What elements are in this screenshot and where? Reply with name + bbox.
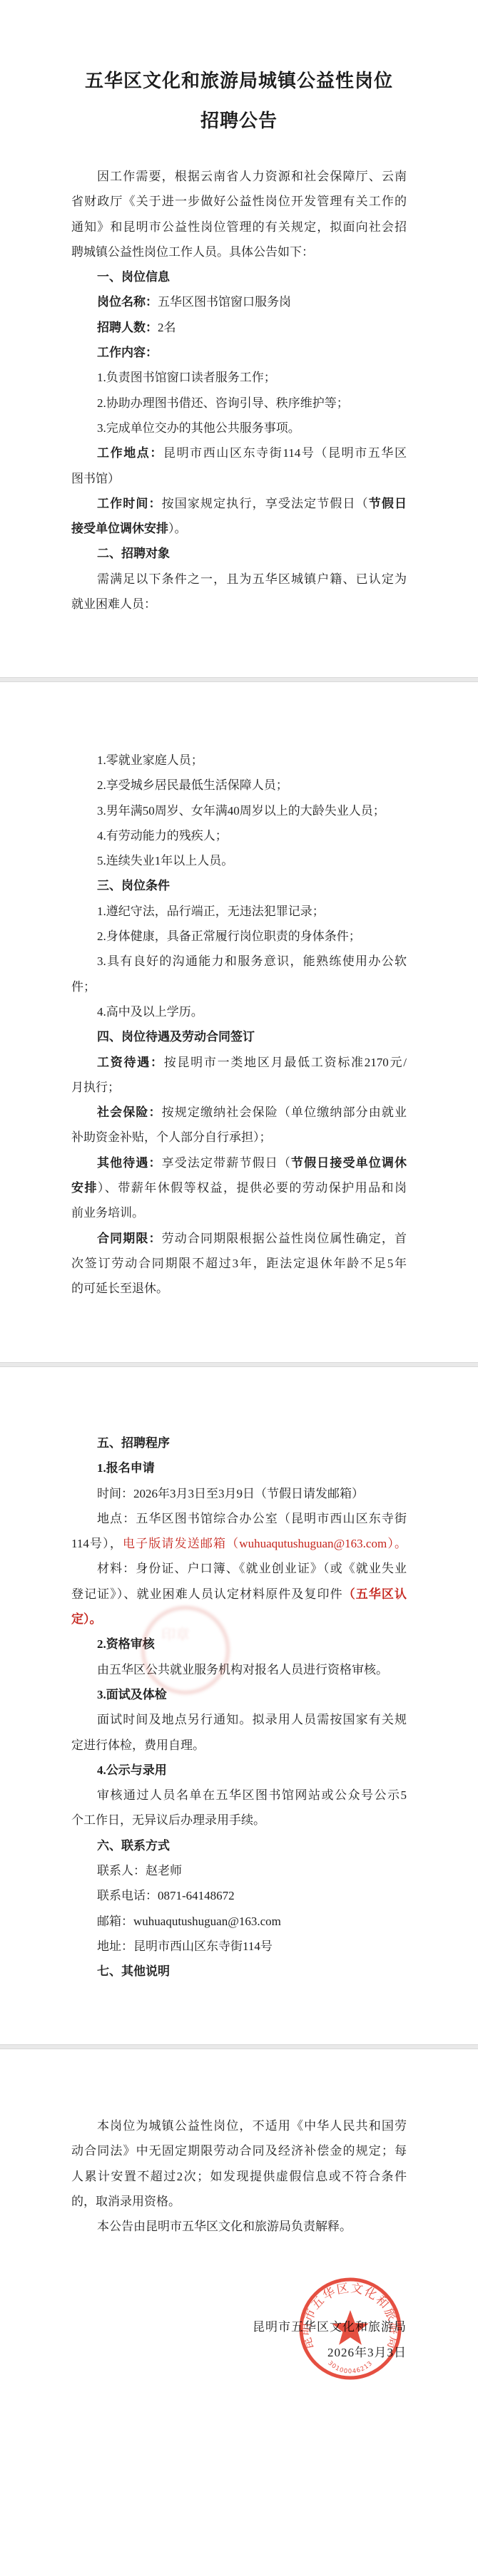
- text-segment: 七、其他说明: [97, 1964, 170, 1978]
- doc-line: 2.资格审核: [71, 1632, 407, 1657]
- section-heading: 六、联系方式: [71, 1833, 407, 1858]
- doc-line: 省财政厅《关于进一步做好公益性岗位开发管理有关工作的: [71, 189, 407, 214]
- text-segment: 个工作日，无异议后办理录用手续。: [71, 1813, 265, 1827]
- doc-line: 本公告由昆明市五华区文化和旅游局负责解释。: [71, 2214, 407, 2239]
- text-segment: 人累计安置不超过2次；如发现提供虚假信息或不符合条件: [71, 2170, 407, 2183]
- text-segment: 聘城镇公益性岗位工作人员。具体公告如下：: [71, 245, 314, 259]
- text-segment: 五华区图书馆窗口服务岗: [158, 295, 291, 309]
- doc-line: 3.具有良好的沟通能力和服务意识，能熟练使用办公软: [71, 949, 407, 974]
- doc-line: 补助资金补贴，个人部分自行承担）；: [71, 1125, 407, 1150]
- doc-line: 需满足以下条件之一，且为五华区城镇户籍、已认定为: [71, 567, 407, 592]
- text-segment: 电子版请发送邮箱（wuhuaqutushuguan@163.com）。: [123, 1537, 407, 1550]
- doc-line: 1.零就业家庭人员；: [71, 748, 407, 773]
- text-segment: 一、岗位信息: [97, 270, 170, 284]
- text-segment: 114号），: [71, 1537, 123, 1550]
- text-segment: 节假日: [369, 497, 407, 510]
- doc-line: 3.面试及体检: [71, 1682, 407, 1707]
- doc-line: 材料：身份证、户口簿、《就业创业证》（或《就业失业: [71, 1556, 407, 1581]
- text-segment: 二、招聘对象: [97, 547, 170, 560]
- doc-line: 定进行体检，费用自理。: [71, 1733, 407, 1758]
- text-segment: 3.具有良好的沟通能力和服务意识，能熟练使用办公软: [97, 954, 407, 968]
- text-segment: 其他待遇：: [97, 1156, 162, 1170]
- text-segment: 按规定缴纳社会保险（单位缴纳部分由就业: [162, 1106, 407, 1119]
- doc-line: 4.有劳动能力的残疾人；: [71, 823, 407, 848]
- text-segment: ）。: [168, 522, 187, 535]
- text-segment: 的可延长至退休。: [71, 1282, 168, 1295]
- text-segment: 前业务培训。: [71, 1206, 144, 1220]
- doc-line: [71, 2239, 407, 2264]
- doc-line: 由五华区公共就业服务机构对报名人员进行资格审核。: [71, 1657, 407, 1682]
- doc-line: 审核通过人员名单在五华区图书馆网站或公众号公示5: [71, 1783, 407, 1808]
- doc-line: 人累计安置不超过2次；如发现提供虚假信息或不符合条件: [71, 2164, 407, 2189]
- document-title-line-1: 五华区文化和旅游局城镇公益性岗位: [43, 61, 435, 101]
- text-segment: 按昆明市一类地区月最低工资标准2170元/: [164, 1056, 407, 1069]
- text-segment: 需满足以下条件之一，且为五华区城镇户籍、已认定为: [97, 572, 407, 586]
- page-separator: [0, 677, 478, 682]
- doc-line: 工作内容：: [71, 340, 407, 365]
- section-heading: 七、其他说明: [71, 1959, 407, 1984]
- doc-line: 月执行；: [71, 1075, 407, 1100]
- doc-line: 通知》和昆明市公益性岗位管理的有关规定，拟面向社会招: [71, 215, 407, 239]
- doc-line: 前业务培训。: [71, 1200, 407, 1225]
- text-segment: 1.遵纪守法，品行端正，无违法犯罪记录；: [97, 905, 325, 918]
- doc-line: 1.报名申请: [71, 1456, 407, 1480]
- text-segment: 地址：昆明市西山区东寺街114号: [97, 1939, 273, 1953]
- document-title-line-2: 招聘公告: [43, 101, 435, 141]
- doc-line: 1.负责图书馆窗口读者服务工作；: [71, 365, 407, 390]
- page-2-content: 1.零就业家庭人员；2.享受城乡居民最低生活保障人员；3.男年满50周岁、女年满…: [71, 748, 407, 1302]
- text-segment: 登记证》）、就业困难人员认定材料原件及复印件: [71, 1587, 343, 1601]
- doc-line: 聘城镇公益性岗位工作人员。具体公告如下：: [71, 239, 407, 264]
- text-segment: 社会保险：: [97, 1106, 162, 1119]
- doc-line: 2.协助办理图书借还、咨询引导、秩序维护等；: [71, 391, 407, 416]
- text-segment: 合同期限：: [97, 1232, 162, 1245]
- doc-line: 定）。: [71, 1607, 407, 1632]
- doc-line: 2.享受城乡居民最低生活保障人员；: [71, 773, 407, 798]
- page-separator: [0, 2044, 478, 2049]
- doc-line: 登记证》）、就业困难人员认定材料原件及复印件（五华区认: [71, 1582, 407, 1607]
- text-segment: 工作地点：: [97, 446, 163, 460]
- text-segment: 2名: [158, 321, 176, 334]
- text-segment: 五、招聘程序: [97, 1436, 170, 1450]
- doc-line: 就业困难人员：: [71, 592, 407, 617]
- text-segment: 件；: [71, 980, 96, 994]
- doc-line: 个工作日，无异议后办理录用手续。: [71, 1808, 407, 1833]
- text-segment: 联系电话：0871-64148672: [97, 1889, 235, 1902]
- text-segment: 图书馆）: [71, 472, 120, 485]
- text-segment: 1.负责图书馆窗口读者服务工作；: [97, 371, 276, 384]
- doc-line: 招聘人数：2名: [71, 315, 407, 340]
- text-segment: 2.协助办理图书借还、咨询引导、秩序维护等；: [97, 396, 349, 410]
- doc-line: 4.公示与录用: [71, 1758, 407, 1783]
- doc-line: 岗位名称：五华区图书馆窗口服务岗: [71, 289, 407, 314]
- doc-line: 动合同法》中无固定期限劳动合同及经济补偿金的规定；每: [71, 2138, 407, 2163]
- text-segment: 的，取消录用资格。: [71, 2195, 180, 2208]
- text-segment: 享受法定带薪节假日（: [162, 1156, 291, 1170]
- stamp-bleed-through-glyphs: 印章: [161, 1627, 211, 1673]
- text-segment: ）、带薪年休假等权益，提供必要的劳动保护用品和岗: [98, 1181, 407, 1195]
- text-segment: 工作时间：: [97, 497, 162, 510]
- text-segment: 邮箱：wuhuaqutushuguan@163.com: [97, 1915, 281, 1928]
- text-segment: 5.连续失业1年以上人员。: [97, 854, 233, 867]
- text-segment: 招聘人数：: [97, 321, 158, 334]
- text-segment: 由五华区公共就业服务机构对报名人员进行资格审核。: [97, 1663, 388, 1676]
- text-segment: 材料：身份证、户口簿、《就业创业证》（或《就业失业: [97, 1562, 407, 1575]
- doc-line: 时间：2026年3月3日至3月9日（节假日请发邮箱）: [71, 1481, 407, 1506]
- text-segment: 就业困难人员：: [71, 597, 156, 611]
- doc-line: 的可延长至退休。: [71, 1276, 407, 1301]
- document-page-2: 1.零就业家庭人员；2.享受城乡居民最低生活保障人员；3.男年满50周岁、女年满…: [0, 682, 478, 1362]
- doc-line: 接受单位调休安排）。: [71, 516, 407, 541]
- page-3-content: 五、招聘程序1.报名申请时间：2026年3月3日至3月9日（节假日请发邮箱）地点…: [71, 1431, 407, 1984]
- text-segment: 2.享受城乡居民最低生活保障人员；: [97, 778, 288, 792]
- document-page-1: 五华区文化和旅游局城镇公益性岗位 招聘公告 因工作需要，根据云南省人力资源和社会…: [0, 0, 478, 677]
- text-segment: 本岗位为城镇公益性岗位，不适用《中华人民共和国劳: [97, 2119, 407, 2133]
- section-heading: 一、岗位信息: [71, 264, 407, 289]
- text-segment: 因工作需要，根据云南省人力资源和社会保障厅、云南: [97, 170, 407, 183]
- document-title: 五华区文化和旅游局城镇公益性岗位 招聘公告: [43, 61, 435, 141]
- doc-line: 其他待遇：享受法定带薪节假日（节假日接受单位调休: [71, 1150, 407, 1175]
- text-segment: 定进行体检，费用自理。: [71, 1738, 205, 1752]
- doc-line: 面试时间及地点另行通知。拟录用人员需按国家有关规: [71, 1707, 407, 1732]
- doc-line: 的，取消录用资格。: [71, 2189, 407, 2214]
- doc-line: 工作时间：按国家规定执行，享受法定节假日（节假日: [71, 491, 407, 516]
- doc-line: 工作地点：昆明市西山区东寺街114号（昆明市五华区: [71, 441, 407, 465]
- doc-line: 本岗位为城镇公益性岗位，不适用《中华人民共和国劳: [71, 2113, 407, 2138]
- doc-line: 3.男年满50周岁、女年满40周岁以上的大龄失业人员；: [71, 798, 407, 823]
- doc-line: 合同期限：劳动合同期限根据公益性岗位属性确定，首: [71, 1226, 407, 1251]
- doc-line: 5.连续失业1年以上人员。: [71, 848, 407, 873]
- section-heading: 三、岗位条件: [71, 873, 407, 898]
- text-segment: 2.身体健康，具备正常履行岗位职责的身体条件；: [97, 929, 361, 943]
- doc-line: 114号），电子版请发送邮箱（wuhuaqutushuguan@163.com）…: [71, 1531, 407, 1556]
- text-segment: 工作内容：: [97, 346, 158, 359]
- text-segment: 定）。: [71, 1612, 102, 1626]
- text-segment: 省财政厅《关于进一步做好公益性岗位开发管理有关工作的: [71, 195, 407, 208]
- doc-line: 次签订劳动合同期限不超过3年，距法定退休年龄不足5年: [71, 1251, 407, 1276]
- text-segment: 地点：五华区图书馆综合办公室（昆明市西山区东寺街: [97, 1512, 407, 1525]
- document-page-3: 印章 五、招聘程序1.报名申请时间：2026年3月3日至3月9日（节假日请发邮箱…: [0, 1367, 478, 2044]
- section-heading: 二、招聘对象: [71, 541, 407, 566]
- text-segment: 审核通过人员名单在五华区图书馆网站或公众号公示5: [97, 1788, 407, 1802]
- doc-line: 联系人：赵老师: [71, 1858, 407, 1883]
- doc-line: 工资待遇：按昆明市一类地区月最低工资标准2170元/: [71, 1050, 407, 1075]
- text-segment: 月执行；: [71, 1081, 120, 1094]
- text-segment: 通知》和昆明市公益性岗位管理的有关规定，拟面向社会招: [71, 220, 407, 234]
- doc-line: 地址：昆明市西山区东寺街114号: [71, 1934, 407, 1959]
- doc-line: 社会保险：按规定缴纳社会保险（单位缴纳部分由就业: [71, 1100, 407, 1125]
- page-1-content: 因工作需要，根据云南省人力资源和社会保障厅、云南省财政厅《关于进一步做好公益性岗…: [71, 164, 407, 617]
- text-segment: 工资待遇：: [97, 1056, 164, 1069]
- text-segment: 四、岗位待遇及劳动合同签订: [97, 1030, 255, 1044]
- text-segment: 岗位名称：: [97, 295, 158, 309]
- text-segment: 补助资金补贴，个人部分自行承担）；: [71, 1130, 272, 1144]
- text-segment: 次签订劳动合同期限不超过3年，距法定退休年龄不足5年: [71, 1257, 407, 1270]
- text-segment: 面试时间及地点另行通知。拟录用人员需按国家有关规: [97, 1713, 407, 1726]
- section-heading: 五、招聘程序: [71, 1431, 407, 1456]
- doc-line: 件；: [71, 974, 407, 999]
- text-segment: 六、联系方式: [97, 1839, 170, 1853]
- seal-star-icon: [332, 2310, 368, 2345]
- text-segment: 1.报名申请: [97, 1461, 155, 1475]
- text-segment: 本公告由昆明市五华区文化和旅游局负责解释。: [97, 2220, 352, 2233]
- text-segment: 安排: [71, 1181, 98, 1195]
- doc-line: 地点：五华区图书馆综合办公室（昆明市西山区东寺街: [71, 1506, 407, 1531]
- doc-line: 联系电话：0871-64148672: [71, 1883, 407, 1908]
- doc-line: 因工作需要，根据云南省人力资源和社会保障厅、云南: [71, 164, 407, 189]
- document-page-4: 本岗位为城镇公益性岗位，不适用《中华人民共和国劳动合同法》中无固定期限劳动合同及…: [0, 2049, 478, 2576]
- announcement-document: 五华区文化和旅游局城镇公益性岗位 招聘公告 因工作需要，根据云南省人力资源和社会…: [0, 0, 478, 2576]
- text-segment: 节假日接受单位调休: [291, 1156, 407, 1170]
- text-segment: 4.公示与录用: [97, 1763, 167, 1777]
- doc-line: 3.完成单位交办的其他公共服务事项。: [71, 416, 407, 441]
- text-segment: 3.面试及体检: [97, 1688, 167, 1701]
- text-segment: 昆明市西山区东寺街114号（昆明市五华区: [163, 446, 407, 460]
- doc-line: 4.高中及以上学历。: [71, 999, 407, 1024]
- doc-line: 1.遵纪守法，品行端正，无违法犯罪记录；: [71, 899, 407, 924]
- doc-line: 安排）、带薪年休假等权益，提供必要的劳动保护用品和岗: [71, 1175, 407, 1200]
- text-segment: 3.完成单位交办的其他公共服务事项。: [97, 421, 300, 435]
- text-segment: 时间：2026年3月3日至3月9日（节假日请发邮箱）: [97, 1487, 364, 1500]
- text-segment: 三、岗位条件: [97, 879, 170, 892]
- doc-line: 邮箱：wuhuaqutushuguan@163.com: [71, 1909, 407, 1934]
- text-segment: 按国家规定执行，享受法定节假日（: [162, 497, 369, 510]
- text-segment: 动合同法》中无固定期限劳动合同及经济补偿金的规定；每: [71, 2144, 407, 2158]
- text-segment: 劳动合同期限根据公益性岗位属性确定，首: [162, 1232, 407, 1245]
- text-segment: 3.男年满50周岁、女年满40周岁以上的大龄失业人员；: [97, 804, 385, 818]
- text-segment: 联系人：赵老师: [97, 1864, 182, 1877]
- official-seal: 昆明市五华区文化和旅游局 5301000462138: [297, 2275, 404, 2382]
- doc-line: 2.身体健康，具备正常履行岗位职责的身体条件；: [71, 924, 407, 949]
- page-separator: [0, 1362, 478, 1367]
- text-segment: （五华区认: [343, 1587, 407, 1601]
- doc-line: 图书馆）: [71, 466, 407, 491]
- section-heading: 四、岗位待遇及劳动合同签订: [71, 1024, 407, 1049]
- text-segment: 4.高中及以上学历。: [97, 1005, 203, 1019]
- text-segment: 接受单位调休安排: [71, 522, 168, 535]
- text-segment: 4.有劳动能力的残疾人；: [97, 829, 228, 843]
- text-segment: 1.零就业家庭人员；: [97, 753, 203, 767]
